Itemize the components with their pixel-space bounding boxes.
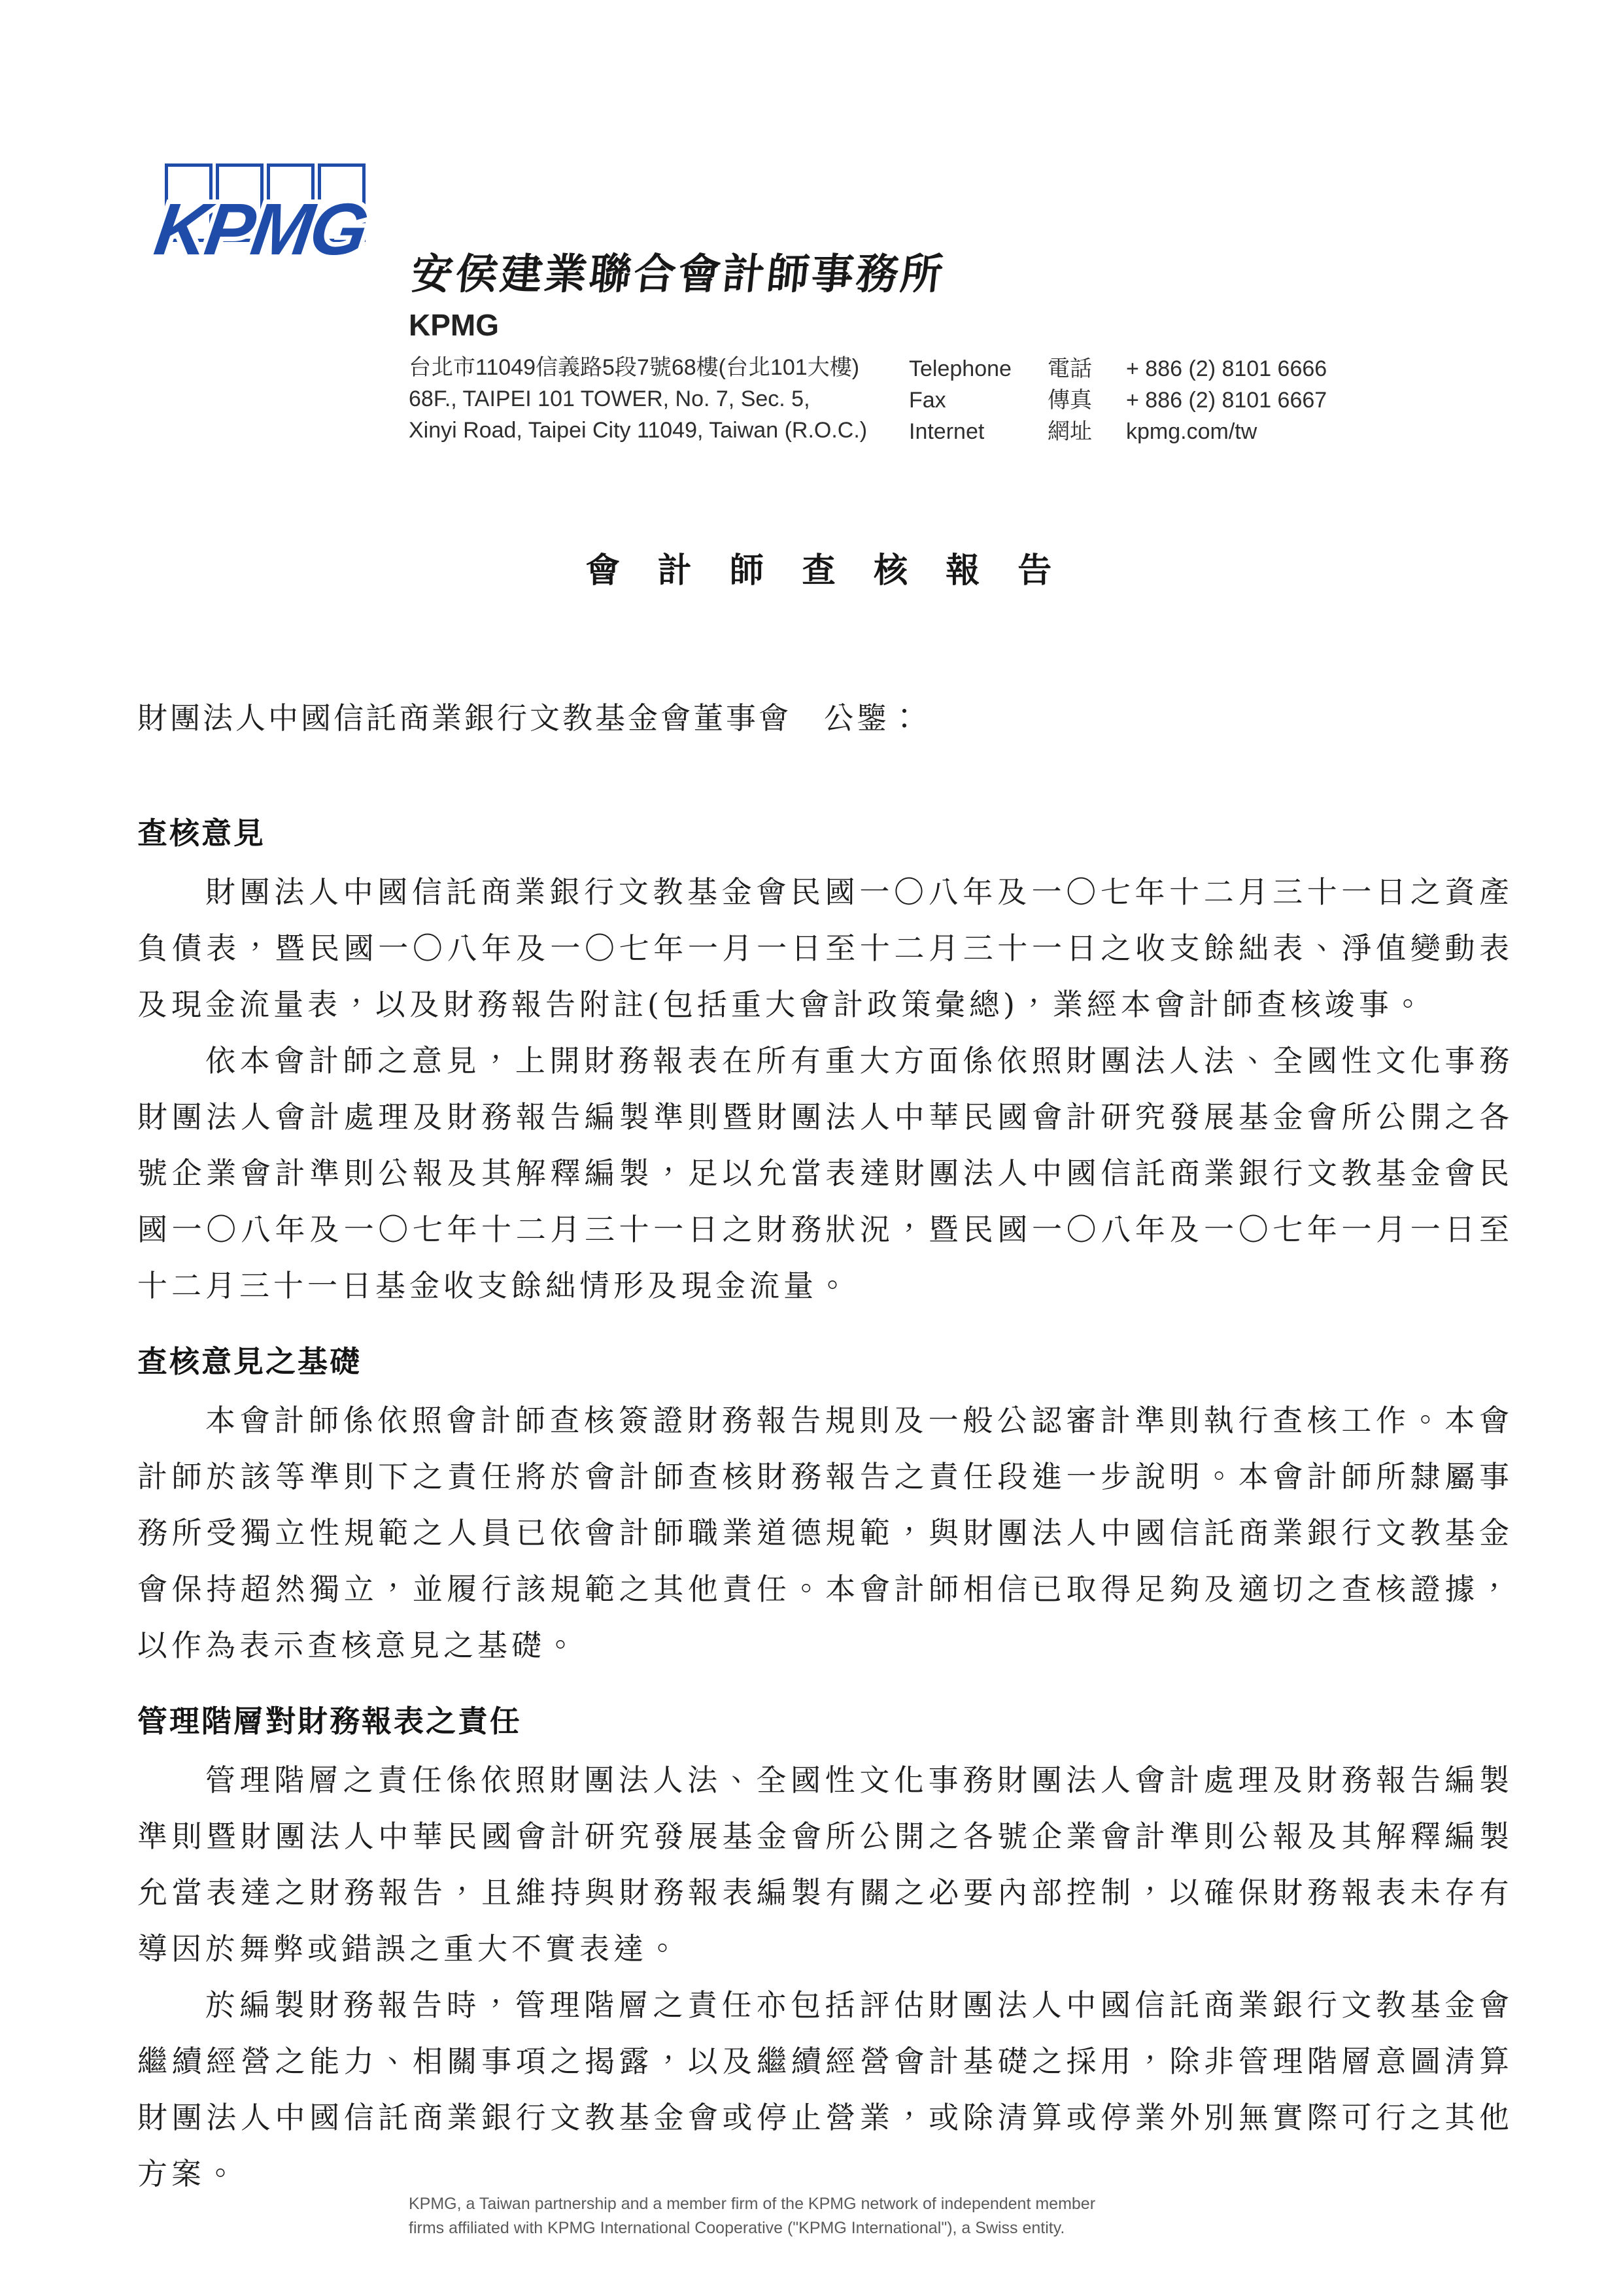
contact-label-zh-fax: 傳真 bbox=[1048, 385, 1126, 416]
contact-value-telephone: + 886 (2) 8101 6666 bbox=[1126, 353, 1327, 385]
section-management-responsibility: 管理階層對財務報表之責任 管理階層之責任係依照財團法人法、全國性文化事務財團法人… bbox=[137, 1693, 1513, 2202]
firm-contact-block: Telephone 電話 + 886 (2) 8101 6666 Fax 傳真 … bbox=[909, 353, 1327, 447]
report-title: 會 計 師 查 核 報 告 bbox=[137, 543, 1513, 592]
contact-value-internet: kpmg.com/tw bbox=[1126, 416, 1327, 447]
firm-name-calligraphy: 安侯建業聯合會計師事務所 bbox=[409, 241, 1527, 301]
kpmg-wordmark-text: KPMG bbox=[150, 187, 371, 271]
section-audit-opinion: 查核意見 財團法人中國信託商業銀行文教基金會民國一〇八年及一〇七年十二月三十一日… bbox=[137, 805, 1513, 1314]
paragraph: 財團法人中國信託商業銀行文教基金會民國一〇八年及一〇七年十二月三十一日之資產負債… bbox=[137, 864, 1513, 1033]
contact-label-en-internet: Internet bbox=[909, 416, 1048, 447]
paragraph: 於編製財務報告時，管理階層之責任亦包括評估財團法人中國信託商業銀行文教基金會繼續… bbox=[137, 1977, 1513, 2202]
kpmg-wordmark: KPMG KPMG bbox=[156, 187, 417, 272]
audit-report-page: KPMG KPMG 安侯建業聯合會計師事務所 KPMG 台北市11049信義路5… bbox=[0, 0, 1623, 2296]
report-body: 會 計 師 查 核 報 告 財團法人中國信託商業銀行文教基金會董事會 公鑒： 查… bbox=[137, 543, 1513, 2202]
footer-disclaimer: KPMG, a Taiwan partnership and a member … bbox=[409, 2192, 1095, 2240]
firm-header: 安侯建業聯合會計師事務所 KPMG 台北市11049信義路5段7號68樓(台北1… bbox=[409, 241, 1520, 446]
firm-name-en: KPMG bbox=[409, 307, 1520, 343]
contact-label-zh-telephone: 電話 bbox=[1048, 353, 1126, 385]
contact-label-en-fax: Fax bbox=[909, 385, 1048, 416]
section-heading-basis-for-opinion: 查核意見之基礎 bbox=[137, 1333, 1513, 1390]
paragraph: 管理階層之責任係依照財團法人法、全國性文化事務財團法人會計處理及財務報告編製準則… bbox=[137, 1752, 1513, 1977]
kpmg-logo: KPMG KPMG bbox=[165, 163, 387, 281]
section-heading-audit-opinion: 查核意見 bbox=[137, 805, 1513, 861]
contact-label-en-telephone: Telephone bbox=[909, 353, 1048, 385]
section-heading-management-responsibility: 管理階層對財務報表之責任 bbox=[137, 1693, 1513, 1749]
salutation: 財團法人中國信託商業銀行文教基金會董事會 公鑒： bbox=[137, 690, 1513, 746]
paragraph: 本會計師係依照會計師查核簽證財務報告規則及一般公認審計準則執行查核工作。本會計師… bbox=[137, 1392, 1513, 1673]
contact-label-zh-internet: 網址 bbox=[1048, 416, 1126, 447]
section-basis-for-opinion: 查核意見之基礎 本會計師係依照會計師查核簽證財務報告規則及一般公認審計準則執行查… bbox=[137, 1333, 1513, 1673]
paragraph: 依本會計師之意見，上開財務報表在所有重大方面係依照財團法人法、全國性文化事務財團… bbox=[137, 1033, 1513, 1314]
footer-line-1: KPMG, a Taiwan partnership and a member … bbox=[409, 2192, 1095, 2216]
footer-line-2: firms affiliated with KPMG International… bbox=[409, 2216, 1095, 2240]
firm-address-contact-row: 台北市11049信義路5段7號68樓(台北101大樓) 68F., TAIPEI… bbox=[409, 352, 1520, 446]
contact-value-fax: + 886 (2) 8101 6667 bbox=[1126, 385, 1327, 416]
